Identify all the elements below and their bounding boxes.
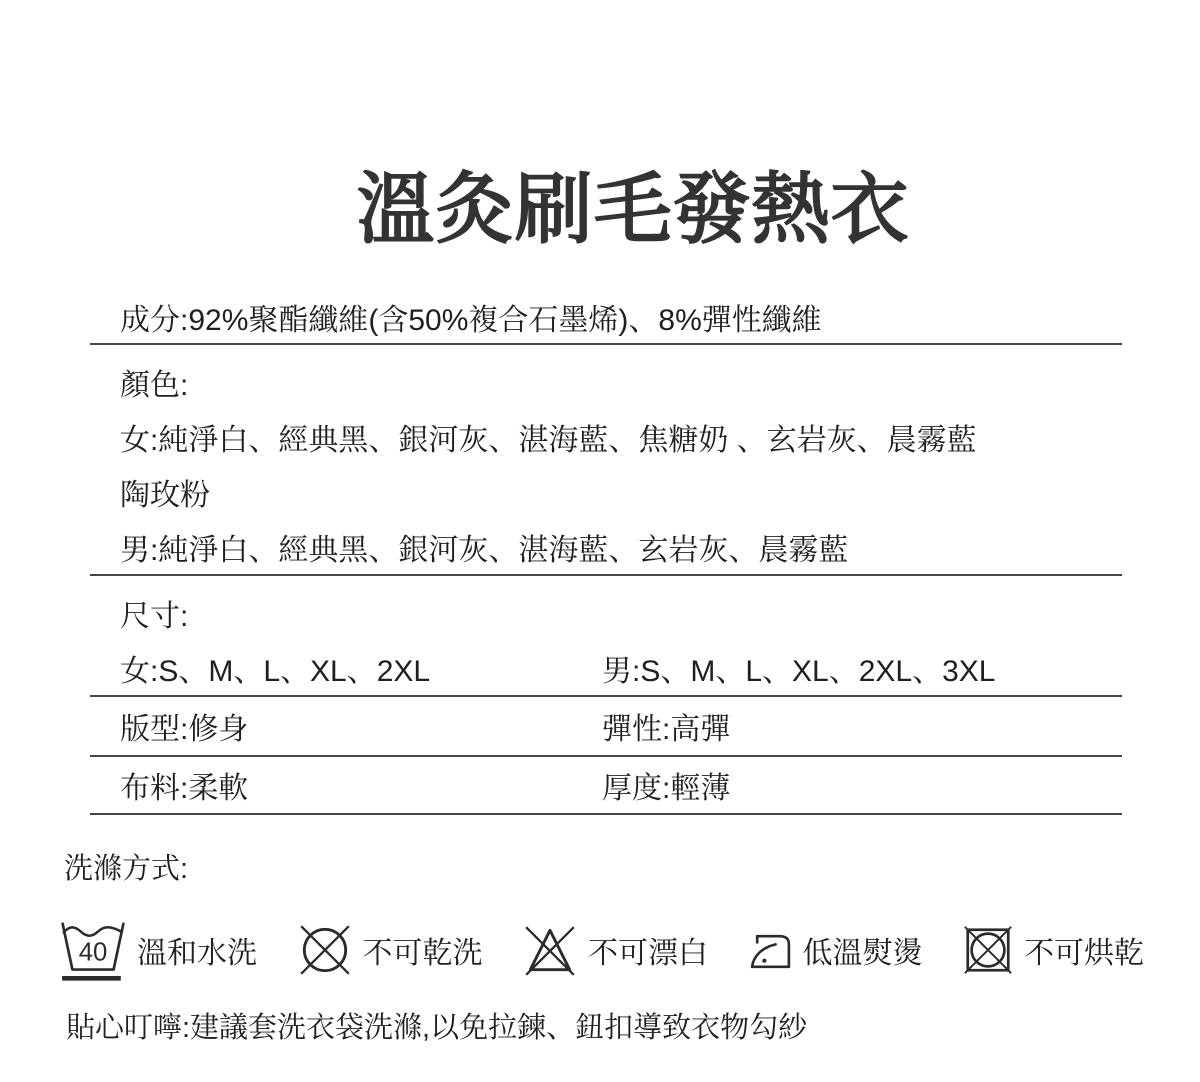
sizes-heading: 尺寸: bbox=[120, 585, 1122, 640]
fit-value: 版型:修身 bbox=[120, 704, 602, 748]
elasticity-value: 彈性:高彈 bbox=[602, 704, 730, 748]
composition-row: 成分:92%聚酯纖維(含50%複合石墨烯)、8%彈性纖維 bbox=[90, 290, 1122, 345]
colors-men-line: 男:純淨白、經典黑、銀河灰、湛海藍、玄岩灰、晨霧藍 bbox=[120, 519, 1122, 574]
no-dryclean-icon bbox=[296, 921, 354, 979]
washing-item-no-tumble-dry: 不可烘乾 bbox=[961, 923, 1144, 977]
colors-women-line1: 女:純淨白、經典黑、銀河灰、湛海藍、焦糖奶 、玄岩灰、晨霧藍 bbox=[120, 409, 1122, 464]
no-tumble-dry-icon bbox=[961, 923, 1015, 977]
colors-row: 顏色: 女:純淨白、經典黑、銀河灰、湛海藍、焦糖奶 、玄岩灰、晨霧藍 陶玫粉 男… bbox=[90, 345, 1122, 576]
iron-low-icon bbox=[747, 928, 794, 973]
no-bleach-icon bbox=[521, 921, 579, 979]
colors-women-line2: 陶玫粉 bbox=[120, 464, 1122, 519]
washing-item-no-dryclean: 不可乾洗 bbox=[296, 921, 483, 979]
washing-item-no-bleach: 不可漂白 bbox=[521, 921, 708, 979]
composition-text: 成分:92%聚酯纖維(含50%複合石墨烯)、8%彈性纖維 bbox=[120, 295, 822, 339]
fabric-value: 布料:柔軟 bbox=[120, 763, 602, 807]
spec-table: 成分:92%聚酯纖維(含50%複合石墨烯)、8%彈性纖維 顏色: 女:純淨白、經… bbox=[90, 290, 1122, 815]
washing-item-label: 不可烘乾 bbox=[1024, 928, 1144, 972]
washing-item-gentle-wash: 40 溫和水洗 bbox=[58, 918, 257, 982]
washing-item-label: 溫和水洗 bbox=[137, 928, 257, 972]
fabric-row: 布料:柔軟 厚度:輕薄 bbox=[90, 757, 1122, 815]
colors-heading: 顏色: bbox=[120, 354, 1122, 409]
washing-item-label: 不可乾洗 bbox=[363, 928, 483, 972]
washing-item-label: 低溫熨燙 bbox=[803, 928, 923, 972]
product-spec-sheet: 溫灸刷毛發熱衣 成分:92%聚酯纖維(含50%複合石墨烯)、8%彈性纖維 顏色:… bbox=[0, 0, 1200, 1082]
sizes-women: 女:S、M、L、XL、2XL bbox=[120, 646, 602, 690]
wash-40-icon: 40 bbox=[58, 918, 128, 982]
washing-heading: 洗滌方式: bbox=[64, 852, 188, 886]
washing-icons-row: 40 溫和水洗 不可乾洗 bbox=[58, 908, 1144, 992]
sizes-values: 女:S、M、L、XL、2XL 男:S、M、L、XL、2XL、3XL bbox=[120, 640, 1122, 695]
sizes-row: 尺寸: 女:S、M、L、XL、2XL 男:S、M、L、XL、2XL、3XL bbox=[90, 576, 1122, 697]
page-title: 溫灸刷毛發熱衣 bbox=[66, 168, 1200, 252]
washing-item-label: 不可漂白 bbox=[588, 928, 708, 972]
washing-item-iron-low: 低溫熨燙 bbox=[747, 928, 923, 973]
care-note: 貼心叮嚀:建議套洗衣袋洗滌,以免拉鍊、鈕扣導致衣物勾紗 bbox=[66, 1010, 807, 1046]
sizes-men: 男:S、M、L、XL、2XL、3XL bbox=[602, 646, 995, 690]
thickness-value: 厚度:輕薄 bbox=[602, 763, 730, 807]
svg-text:40: 40 bbox=[79, 938, 108, 966]
fit-row: 版型:修身 彈性:高彈 bbox=[90, 697, 1122, 757]
